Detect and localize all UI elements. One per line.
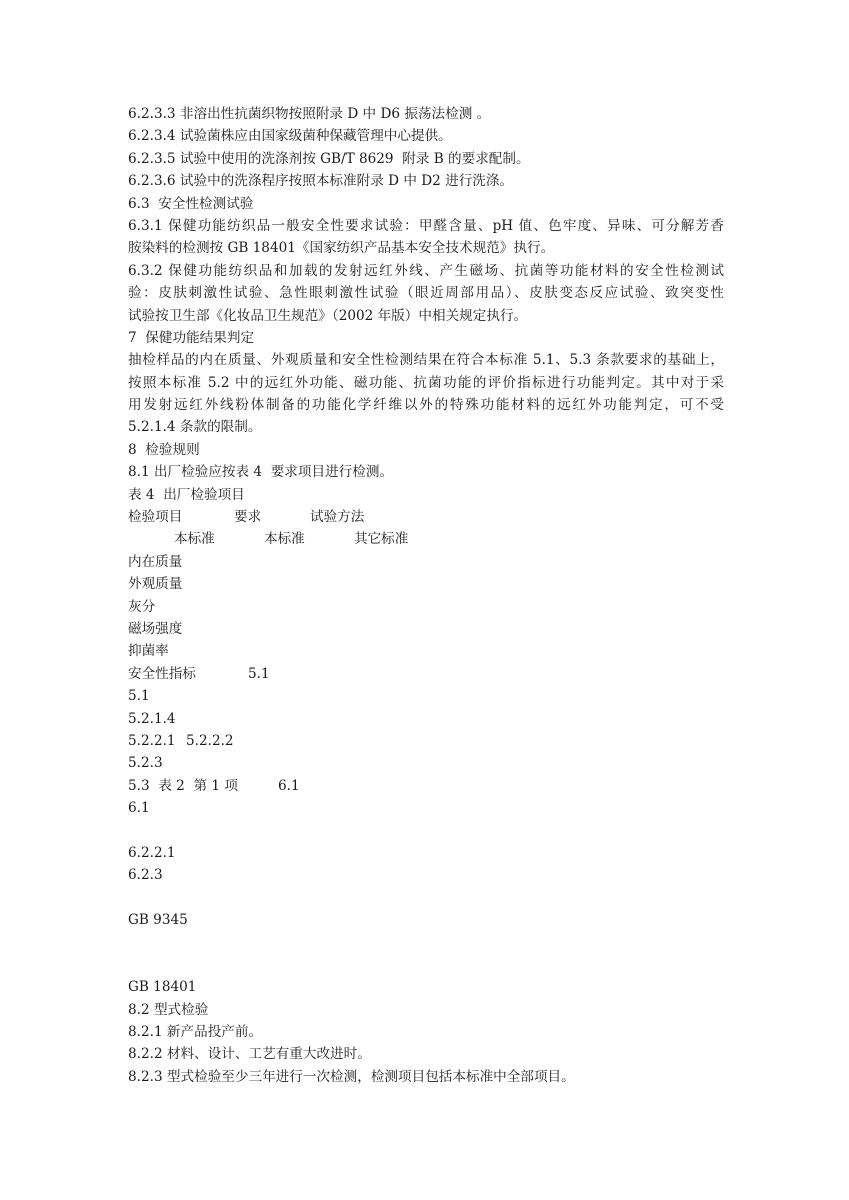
table-cell: 5.2.3 — [128, 752, 724, 774]
table-safety-row: 安全性指标 5.1 — [128, 663, 724, 685]
paragraph-line: 6.3.2 保健功能纺织品和加载的发射远红外线、产生磁场、抗菌等功能材料的安全性… — [128, 260, 724, 282]
blank-line — [128, 820, 724, 842]
document-body: 6.2.3.3 非溶出性抗菌织物按照附录 D 中 D6 振荡法检测 。 6.2.… — [128, 103, 724, 1088]
clause-8-2-3: 8.2.3 型式检验至少三年进行一次检测，检测项目包括本标准中全部项目。 — [128, 1066, 724, 1088]
section-heading-7: 7 保健功能结果判定 — [128, 327, 724, 349]
clause-6-3-2: 6.3.2 保健功能纺织品和加载的发射远红外线、产生磁场、抗菌等功能材料的安全性… — [128, 260, 724, 327]
safety-index-label: 安全性指标 — [128, 663, 196, 685]
table-item: 外观质量 — [128, 573, 724, 595]
clause-6-2-3-3: 6.2.3.3 非溶出性抗菌织物按照附录 D 中 D6 振荡法检测 。 — [128, 103, 724, 125]
table-cell: 5.3 表 2 第 1 项 — [128, 775, 238, 797]
table-header-row-2: 本标准 本标准 其它标准 — [128, 528, 724, 550]
paragraph-line: 5.2.1.4 条款的限制。 — [128, 416, 724, 438]
header-other-standard: 其它标准 — [354, 528, 408, 550]
table-cell: 5.2.1.4 — [128, 708, 724, 730]
paragraph-line: 用发射远红外线粉体制备的功能化学纤维以外的特殊功能材料的远红外功能判定，可不受 — [128, 394, 724, 416]
blank-line — [128, 887, 724, 909]
table-cell: 6.2.3 — [128, 864, 724, 886]
table-cell: 6.1 — [128, 797, 724, 819]
table-cell: 6.2.2.1 — [128, 842, 724, 864]
table-item: 灰分 — [128, 596, 724, 618]
table-cell: 6.1 — [278, 775, 300, 797]
clause-6-2-3-4: 6.2.3.4 试验菌株应由国家级菌种保藏管理中心提供。 — [128, 125, 724, 147]
safety-index-ref: 5.1 — [248, 663, 270, 685]
header-this-standard-method: 本标准 — [264, 528, 305, 550]
clause-8-1: 8.1 出厂检验应按表 4 要求项目进行检测。 — [128, 461, 724, 483]
blank-line — [128, 954, 724, 976]
header-requirement: 要求 — [234, 506, 261, 528]
table-caption: 表 4 出厂检验项目 — [128, 484, 724, 506]
table-item: 磁场强度 — [128, 618, 724, 640]
section-heading-8-2: 8.2 型式检验 — [128, 999, 724, 1021]
table-cell: GB 9345 — [128, 909, 724, 931]
header-inspection-item: 检验项目 — [128, 506, 182, 528]
table-cell-pair: 5.2.2.1 5.2.2.2 — [128, 730, 724, 752]
section-heading-6-3: 6.3 安全性检测试验 — [128, 193, 724, 215]
clause-8-2-2: 8.2.2 材料、设计、工艺有重大改进时。 — [128, 1043, 724, 1065]
clause-6-2-3-6: 6.2.3.6 试验中的洗涤程序按照本标准附录 D 中 D2 进行洗涤。 — [128, 170, 724, 192]
paragraph-line: 按照本标准 5.2 中的远红外功能、磁功能、抗菌功能的评价指标进行功能判定。其中… — [128, 372, 724, 394]
clause-6-3-1: 6.3.1 保健功能纺织品一般安全性要求试验：甲醛含量、pH 值、色牢度、异味、… — [128, 215, 724, 260]
table-cell-pair: 5.3 表 2 第 1 项 6.1 — [128, 775, 724, 797]
table-header-row-1: 检验项目 要求 试验方法 — [128, 506, 724, 528]
paragraph-line: 胺染料的检测按 GB 18401《国家纺织产品基本安全技术规范》执行。 — [128, 237, 724, 259]
header-this-standard-req: 本标准 — [174, 528, 215, 550]
table-cell: 5.2.2.2 — [186, 730, 234, 752]
paragraph-line: 抽检样品的内在质量、外观质量和安全性检测结果在符合本标准 5.1、5.3 条款要… — [128, 349, 724, 371]
blank-line — [128, 931, 724, 953]
clause-8-2-1: 8.2.1 新产品投产前。 — [128, 1021, 724, 1043]
table-item: 抑菌率 — [128, 640, 724, 662]
document-page: 6.2.3.3 非溶出性抗菌织物按照附录 D 中 D6 振荡法检测 。 6.2.… — [0, 0, 849, 1200]
header-test-method: 试验方法 — [310, 506, 364, 528]
table-cell: 5.1 — [128, 685, 724, 707]
table-cell: GB 18401 — [128, 976, 724, 998]
paragraph-line: 验：皮肤刺激性试验、急性眼刺激性试验（眼近周部用品）、皮肤变态反应试验、致突变性 — [128, 282, 724, 304]
table-cell: 5.2.2.1 — [128, 730, 176, 752]
clause-6-2-3-5: 6.2.3.5 试验中使用的洗涤剂按 GB/T 8629 附录 B 的要求配制。 — [128, 148, 724, 170]
table-item: 内在质量 — [128, 551, 724, 573]
paragraph-line: 6.3.1 保健功能纺织品一般安全性要求试验：甲醛含量、pH 值、色牢度、异味、… — [128, 215, 724, 237]
section-7-paragraph: 抽检样品的内在质量、外观质量和安全性检测结果在符合本标准 5.1、5.3 条款要… — [128, 349, 724, 439]
paragraph-line: 试验按卫生部《化妆品卫生规范》（2002 年版）中相关规定执行。 — [128, 305, 724, 327]
section-heading-8: 8 检验规则 — [128, 439, 724, 461]
